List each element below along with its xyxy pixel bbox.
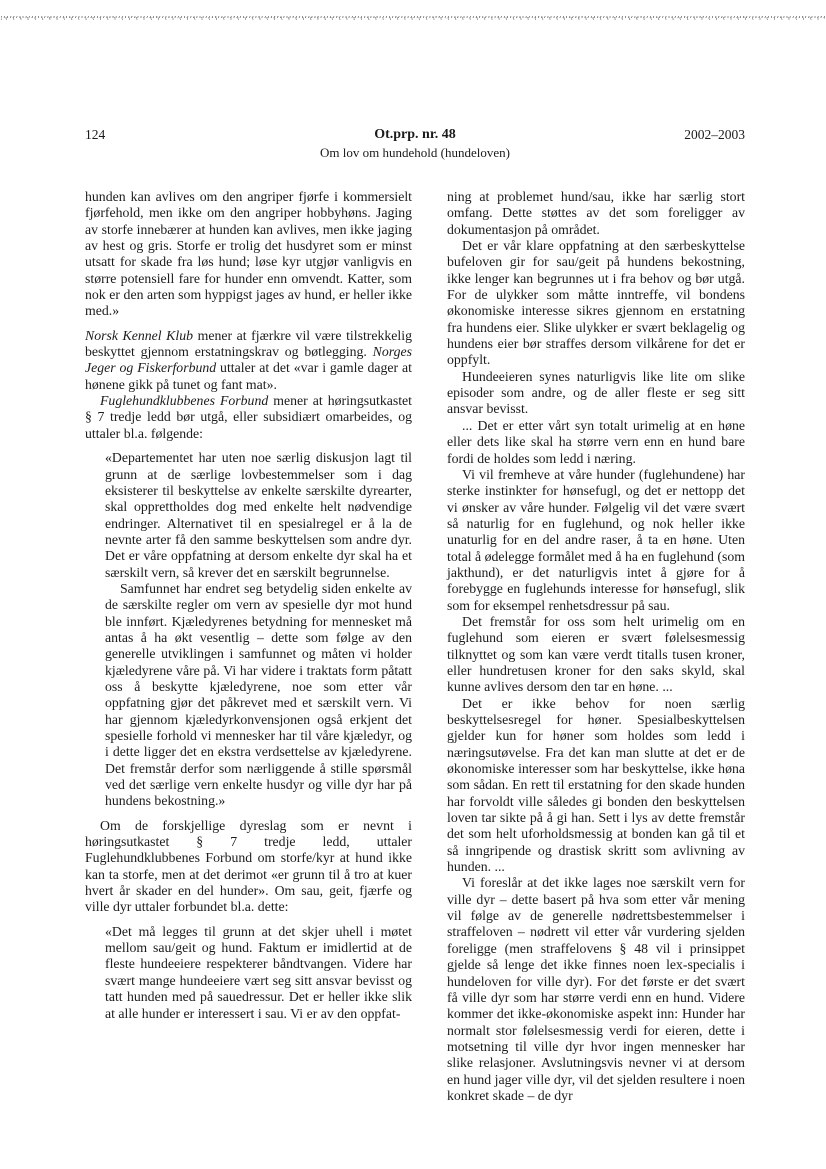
organization-name: Norsk Kennel Klub (85, 328, 193, 343)
quote-paragraph: Det fremstår for oss som helt urimelig o… (447, 614, 745, 696)
text-columns: hunden kan avlives om den angriper fjørf… (85, 189, 745, 1169)
page-header: 124 2002–2003 Ot.prp. nr. 48 Om lov om h… (85, 127, 745, 160)
paragraph: Norsk Kennel Klub mener at fjærkre vil v… (85, 328, 412, 393)
organization-name: Fuglehundklubbenes Forbund (100, 393, 268, 408)
quote-paragraph: Hundeeieren synes naturligvis like lite … (447, 369, 745, 418)
quote-paragraph: ning at problemet hund/sau, ikke har sær… (447, 189, 745, 238)
column-right: ning at problemet hund/sau, ikke har sær… (427, 189, 745, 1169)
quote-paragraph: Vi vil fremheve at våre hunder (fuglehun… (447, 467, 745, 614)
doc-year: 2002–2003 (684, 127, 745, 142)
blockquote-continuation: ning at problemet hund/sau, ikke har sær… (447, 189, 745, 1104)
paragraph: Fuglehundklubbenes Forbund mener at høri… (85, 393, 412, 442)
paragraph: Om de forskjellige dyreslag som er nevnt… (85, 818, 412, 916)
quote-paragraph: Det er vår klare oppfatning at den særbe… (447, 238, 745, 369)
scan-edge-artifact (1, 16, 825, 20)
blockquote: «Det må legges til grunn at det skjer uh… (105, 924, 412, 1022)
quote-paragraph: «Det må legges til grunn at det skjer uh… (105, 924, 412, 1022)
document-page: 124 2002–2003 Ot.prp. nr. 48 Om lov om h… (0, 0, 826, 1169)
doc-subtitle: Om lov om hundehold (hundeloven) (85, 145, 745, 160)
quote-paragraph: Det er ikke behov for noen særlig beskyt… (447, 696, 745, 876)
blockquote: «Departementet har uten noe særlig disku… (105, 450, 412, 810)
quote-paragraph: «Departementet har uten noe særlig disku… (105, 450, 412, 581)
page-number: 124 (85, 127, 105, 142)
quote-paragraph: ... Det er etter vårt syn totalt urimeli… (447, 418, 745, 467)
quote-paragraph: Samfunnet har endret seg betydelig siden… (105, 581, 412, 810)
paragraph-continuation: hunden kan avlives om den angriper fjørf… (85, 189, 412, 320)
column-left: hunden kan avlives om den angriper fjørf… (85, 189, 412, 1169)
doc-title: Ot.prp. nr. 48 (85, 127, 745, 142)
quote-paragraph: Vi foreslår at det ikke lages noe særski… (447, 875, 745, 1104)
